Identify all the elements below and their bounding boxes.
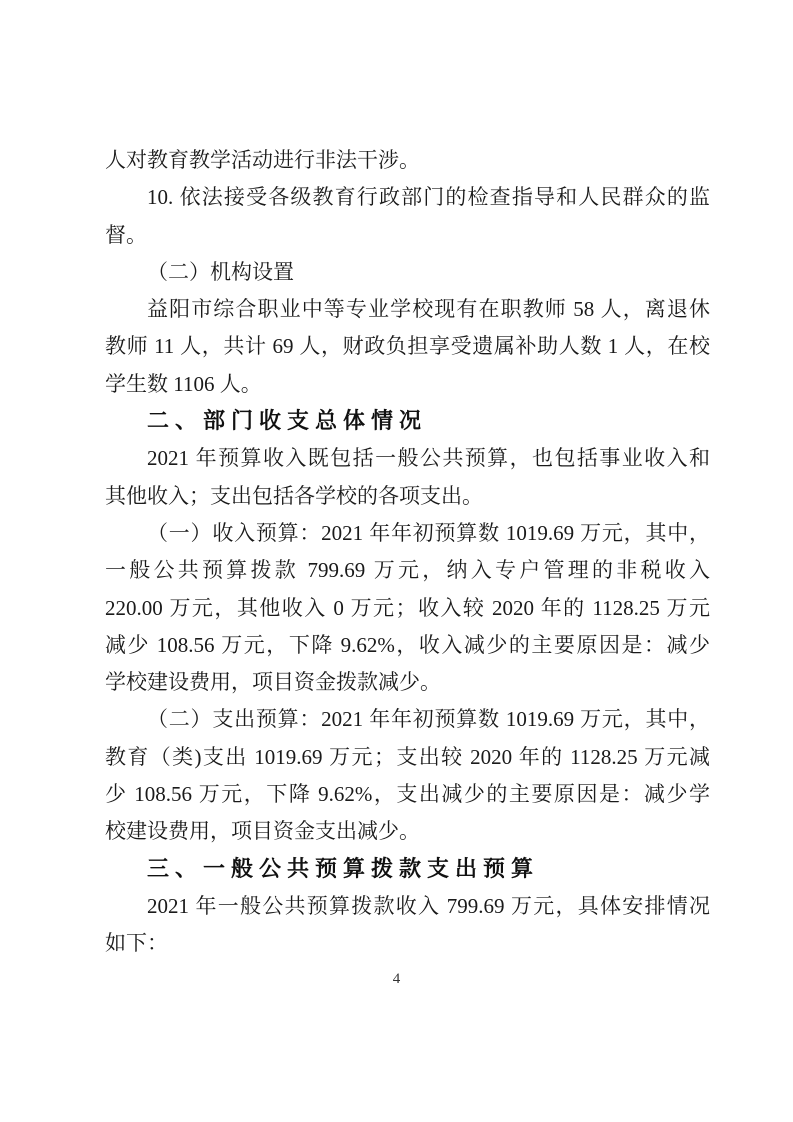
text-line: 学校建设费用，项目资金拨款减少。 bbox=[105, 664, 710, 701]
text-line: 2021 年一般公共预算拨款收入 799.69 万元，具体安排情况 bbox=[105, 888, 710, 925]
text-line: 2021 年预算收入既包括一般公共预算，也包括事业收入和 bbox=[105, 440, 710, 477]
text-line: 10. 依法接受各级教育行政部门的检查指导和人民群众的监 bbox=[105, 179, 710, 216]
text-line: 益阳市综合职业中等专业学校现有在职教师 58 人，离退休 bbox=[105, 291, 710, 328]
text-line: 减少 108.56 万元，下降 9.62%，收入减少的主要原因是：减少 bbox=[105, 627, 710, 664]
text-line: 人对教育教学活动进行非法干涉。 bbox=[105, 142, 710, 179]
section-heading: 二、部门收支总体情况 bbox=[105, 403, 710, 440]
text-line: 督。 bbox=[105, 217, 710, 254]
text-line: 校建设费用，项目资金支出减少。 bbox=[105, 813, 710, 850]
text-line: 其他收入；支出包括各学校的各项支出。 bbox=[105, 478, 710, 515]
document-text: 人对教育教学活动进行非法干涉。10. 依法接受各级教育行政部门的检查指导和人民群… bbox=[105, 142, 710, 963]
text-line: 如下： bbox=[105, 925, 710, 962]
page-number: 4 bbox=[0, 971, 793, 988]
text-line: （二）机构设置 bbox=[105, 254, 710, 291]
text-line: 220.00 万元，其他收入 0 万元；收入较 2020 年的 1128.25 … bbox=[105, 590, 710, 627]
document-page: 人对教育教学活动进行非法干涉。10. 依法接受各级教育行政部门的检查指导和人民群… bbox=[0, 0, 793, 1122]
text-line: 教师 11 人，共计 69 人，财政负担享受遗属补助人数 1 人，在校 bbox=[105, 328, 710, 365]
section-heading: 三、一般公共预算拨款支出预算 bbox=[105, 851, 710, 888]
text-line: （一）收入预算：2021 年年初预算数 1019.69 万元，其中， bbox=[105, 515, 710, 552]
text-line: 一般公共预算拨款 799.69 万元，纳入专户管理的非税收入 bbox=[105, 552, 710, 589]
text-line: 学生数 1106 人。 bbox=[105, 366, 710, 403]
text-line: （二）支出预算：2021 年年初预算数 1019.69 万元，其中， bbox=[105, 701, 710, 738]
text-line: 少 108.56 万元，下降 9.62%，支出减少的主要原因是：减少学 bbox=[105, 776, 710, 813]
text-line: 教育（类)支出 1019.69 万元；支出较 2020 年的 1128.25 万… bbox=[105, 739, 710, 776]
